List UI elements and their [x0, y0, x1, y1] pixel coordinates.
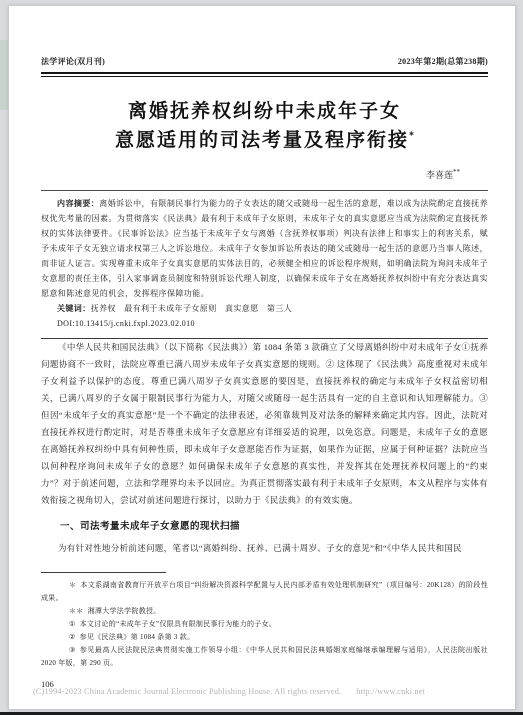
article-body: 《中华人民共和国民法典》（以下简称《民法典》）第 1084 条第 3 款确立了父…: [41, 339, 488, 557]
footnote-text: 本文系湖南省教育厅开放平台项目“纠纷解决资源科学配置与人民内部矛盾有效处理机制研…: [41, 581, 488, 602]
keywords-line: 关键词：抚养权 最有利于未成年子女原则 真实意愿 第三人: [41, 301, 488, 316]
journal-name: 法学评论(双月刊): [41, 56, 105, 67]
footnote-text: 本文讨论的“未成年子女”仅限具有限制民事行为能力的子女。: [80, 620, 277, 628]
footnote-mark: ①: [55, 618, 76, 631]
doi-line: DOI:10.13415/j.cnki.fxpl.2023.02.010: [41, 316, 488, 331]
article-title: 离婚抚养权纠纷中未成年子女 意愿适用的司法考量及程序衔接*: [41, 98, 488, 155]
footnote-item: ①本文讨论的“未成年子女”仅限具有限制民事行为能力的子女。: [41, 618, 488, 631]
abstract-label: 内容摘要：: [57, 199, 99, 208]
footnote-item: ＊本文系湖南省教育厅开放平台项目“纠纷解决资源科学配置与人民内部矛盾有效处理机制…: [41, 579, 488, 605]
footnote-mark: ＊＊: [55, 605, 84, 618]
section-1-heading: 一、司法考量未成年子女意愿的现状扫描: [41, 518, 488, 535]
footnote-text: 参见《民法典》第 1084 条第 3 款。: [80, 633, 195, 641]
abstract-block: 内容摘要：离婚诉讼中，有限制民事行为能力的子女表达的随父或随母一起生活的意愿，难…: [41, 196, 488, 331]
footnote-text: 湘潭大学法学院教授。: [88, 607, 161, 615]
journal-header: 法学评论(双月刊) 2023年第2期(总第238期): [41, 56, 488, 67]
footnote-mark: ＊: [55, 579, 76, 592]
abstract-paragraph: 内容摘要：离婚诉讼中，有限制民事行为能力的子女表达的随父或随母一起生活的意愿，难…: [41, 196, 488, 301]
author-name: 李喜莲: [426, 170, 453, 180]
keywords-label: 关键词：: [57, 304, 91, 313]
footnotes-block: ＊本文系湖南省教育厅开放平台项目“纠纷解决资源科学配置与人民内部矛盾有效处理机制…: [41, 579, 488, 670]
cnki-url: http://www.cnki.net: [356, 687, 425, 696]
cnki-copyright-footer: (C)1994-2023 China Academic Journal Elec…: [33, 687, 425, 696]
abstract-text: 离婚诉讼中，有限制民事行为能力的子女表达的随父或随母一起生活的意愿，难以成为法院…: [41, 199, 488, 298]
body-paragraph-1: 《中华人民共和国民法典》（以下简称《民法典》）第 1084 条第 3 款确立了父…: [41, 339, 488, 509]
document-page: 法学评论(双月刊) 2023年第2期(总第238期) 离婚抚养权纠纷中未成年子女…: [8, 5, 516, 710]
title-footnote-mark: *: [409, 130, 414, 141]
body-paragraph-2: 为有针对性地分析前述问题，笔者以“离婚纠纷、抚养、已满十周岁、子女的意见”和“《…: [41, 540, 488, 557]
article-title-line2: 意愿适用的司法考量及程序衔接*: [41, 127, 488, 156]
issue-info: 2023年第2期(总第238期): [398, 56, 488, 67]
footnote-item: ②参见《民法典》第 1084 条第 3 款。: [41, 631, 488, 644]
scan-edge-artifact: [0, 40, 8, 110]
abstract-top-rule: [41, 190, 488, 191]
author-line: 李喜莲**: [41, 168, 488, 181]
footnote-item: ＊＊湘潭大学法学院教授。: [41, 605, 488, 618]
footnote-mark: ②: [55, 631, 76, 644]
author-footnote-mark: **: [453, 168, 460, 176]
footnote-text: 参见最高人民法院民法典贯彻实施工作领导小组：《中华人民共和国民法典婚姻家庭编继承…: [41, 646, 488, 667]
keywords-text: 抚养权 最有利于未成年子女原则 真实意愿 第三人: [91, 304, 293, 313]
footnote-item: ③参见最高人民法院民法典贯彻实施工作领导小组：《中华人民共和国民法典婚姻家庭编继…: [41, 644, 488, 670]
footnote-mark: ③: [55, 644, 76, 657]
page-content: 法学评论(双月刊) 2023年第2期(总第238期) 离婚抚养权纠纷中未成年子女…: [41, 6, 488, 689]
article-title-line1: 离婚抚养权纠纷中未成年子女: [41, 98, 488, 127]
copyright-text: (C)1994-2023 China Academic Journal Elec…: [33, 687, 341, 696]
header-double-rule: [41, 72, 488, 77]
footnote-separator-rule: [41, 572, 166, 573]
